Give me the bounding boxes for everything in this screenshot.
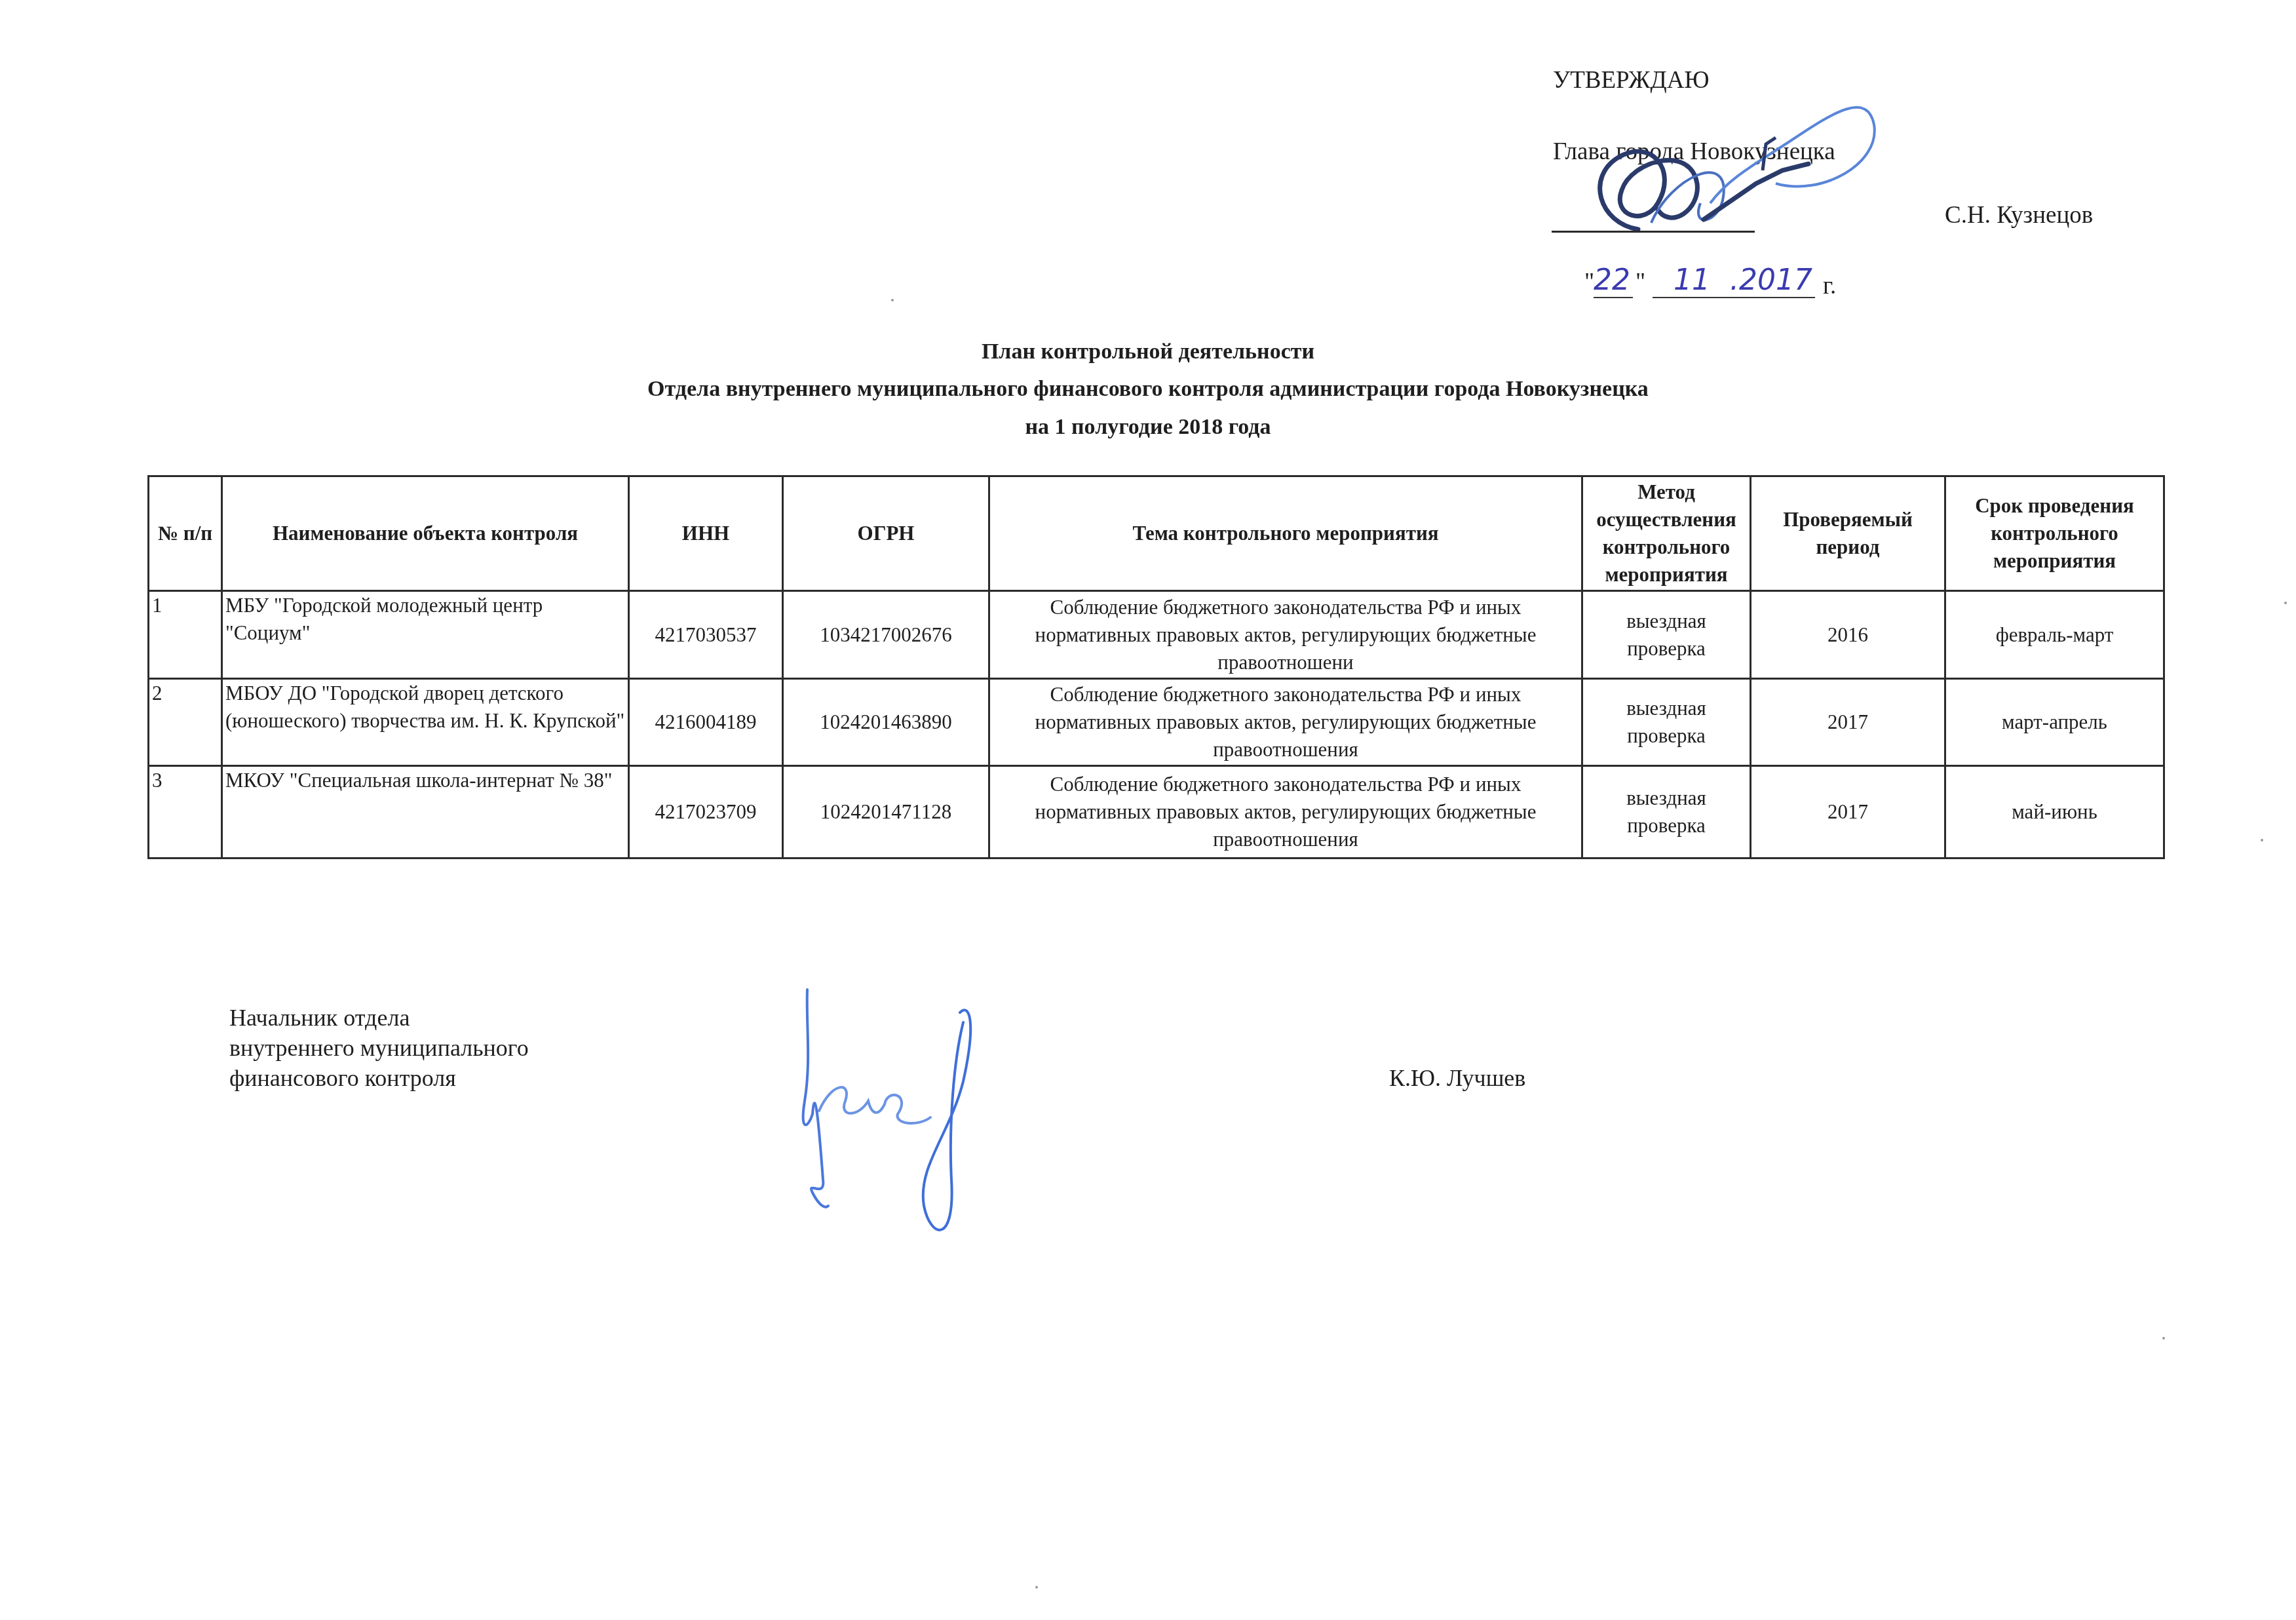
date-month: 11: [1653, 263, 1731, 298]
document-subtitle: Отдела внутреннего муниципального финанс…: [0, 377, 2296, 402]
footer-position: Начальник отдела внутреннего муниципальн…: [229, 1003, 529, 1093]
term: февраль-март: [1945, 591, 2164, 679]
footer-position-line2: внутреннего муниципального: [229, 1033, 529, 1063]
table-row: 2 МБОУ ДО "Городской дворец детского (юн…: [149, 679, 2164, 766]
inn: 4217030537: [629, 591, 783, 679]
chief-signature-icon: [780, 983, 1055, 1245]
date-day: 22: [1594, 263, 1633, 298]
col-header-ogrn: ОГРН: [783, 476, 989, 591]
scan-speck: [2162, 1337, 2165, 1340]
approval-heading: УТВЕРЖДАЮ: [1553, 68, 1710, 92]
col-header-number: № п/п: [149, 476, 222, 591]
col-header-period: Проверяемый период: [1751, 476, 1945, 591]
inn: 4216004189: [629, 679, 783, 766]
control-plan-table: № п/п Наименование объекта контроля ИНН …: [147, 475, 2165, 859]
col-header-term: Срок проведения контрольного мероприятия: [1945, 476, 2164, 591]
topic: Соблюдение бюджетного законодательства Р…: [989, 591, 1582, 679]
method: выездная проверка: [1582, 679, 1751, 766]
ogrn: 1024201463890: [783, 679, 989, 766]
scan-speck: [2261, 839, 2263, 841]
row-number: 3: [149, 766, 222, 858]
table-row: 3 МКОУ "Специальная школа-интернат № 38"…: [149, 766, 2164, 858]
object-name: МБОУ ДО "Городской дворец детского (юнош…: [222, 679, 629, 766]
object-name: МБУ "Городской молодежный центр "Социум": [222, 591, 629, 679]
table-row: 1 МБУ "Городской молодежный центр "Социу…: [149, 591, 2164, 679]
topic: Соблюдение бюджетного законодательства Р…: [989, 679, 1582, 766]
period: 2017: [1751, 766, 1945, 858]
row-number: 2: [149, 679, 222, 766]
ogrn: 1034217002676: [783, 591, 989, 679]
col-header-object-name: Наименование объекта контроля: [222, 476, 629, 591]
footer-signatory: К.Ю. Лучшев: [1389, 1063, 1525, 1093]
topic: Соблюдение бюджетного законодательства Р…: [989, 766, 1582, 858]
col-header-topic: Тема контрольного мероприятия: [989, 476, 1582, 591]
col-header-method: Метод осуществления контрольного меропри…: [1582, 476, 1751, 591]
period: 2017: [1751, 679, 1945, 766]
footer-position-line1: Начальник отдела: [229, 1003, 529, 1033]
scan-speck: [891, 299, 894, 301]
date-close-quote: ": [1636, 270, 1645, 294]
scan-speck: [1035, 1586, 1038, 1589]
footer-position-line3: финансового контроля: [229, 1063, 529, 1093]
method: выездная проверка: [1582, 766, 1751, 858]
inn: 4217023709: [629, 766, 783, 858]
scan-speck: [2284, 602, 2287, 604]
document-period: на 1 полугодие 2018 года: [0, 415, 2296, 440]
row-number: 1: [149, 591, 222, 679]
date-year: .2017: [1730, 263, 1815, 298]
date-suffix: г.: [1823, 274, 1836, 298]
method: выездная проверка: [1582, 591, 1751, 679]
term: март-апрель: [1945, 679, 2164, 766]
term: май-июнь: [1945, 766, 2164, 858]
head-signature-icon: [1559, 98, 1900, 249]
date-open-quote: ": [1584, 270, 1594, 294]
approval-signatory: С.Н. Кузнецов: [1945, 203, 2093, 227]
document-title: План контрольной деятельности: [0, 339, 2296, 364]
approval-signature-line: [1552, 231, 1755, 233]
object-name: МКОУ "Специальная школа-интернат № 38": [222, 766, 629, 858]
ogrn: 1024201471128: [783, 766, 989, 858]
table-header-row: № п/п Наименование объекта контроля ИНН …: [149, 476, 2164, 591]
period: 2016: [1751, 591, 1945, 679]
col-header-inn: ИНН: [629, 476, 783, 591]
